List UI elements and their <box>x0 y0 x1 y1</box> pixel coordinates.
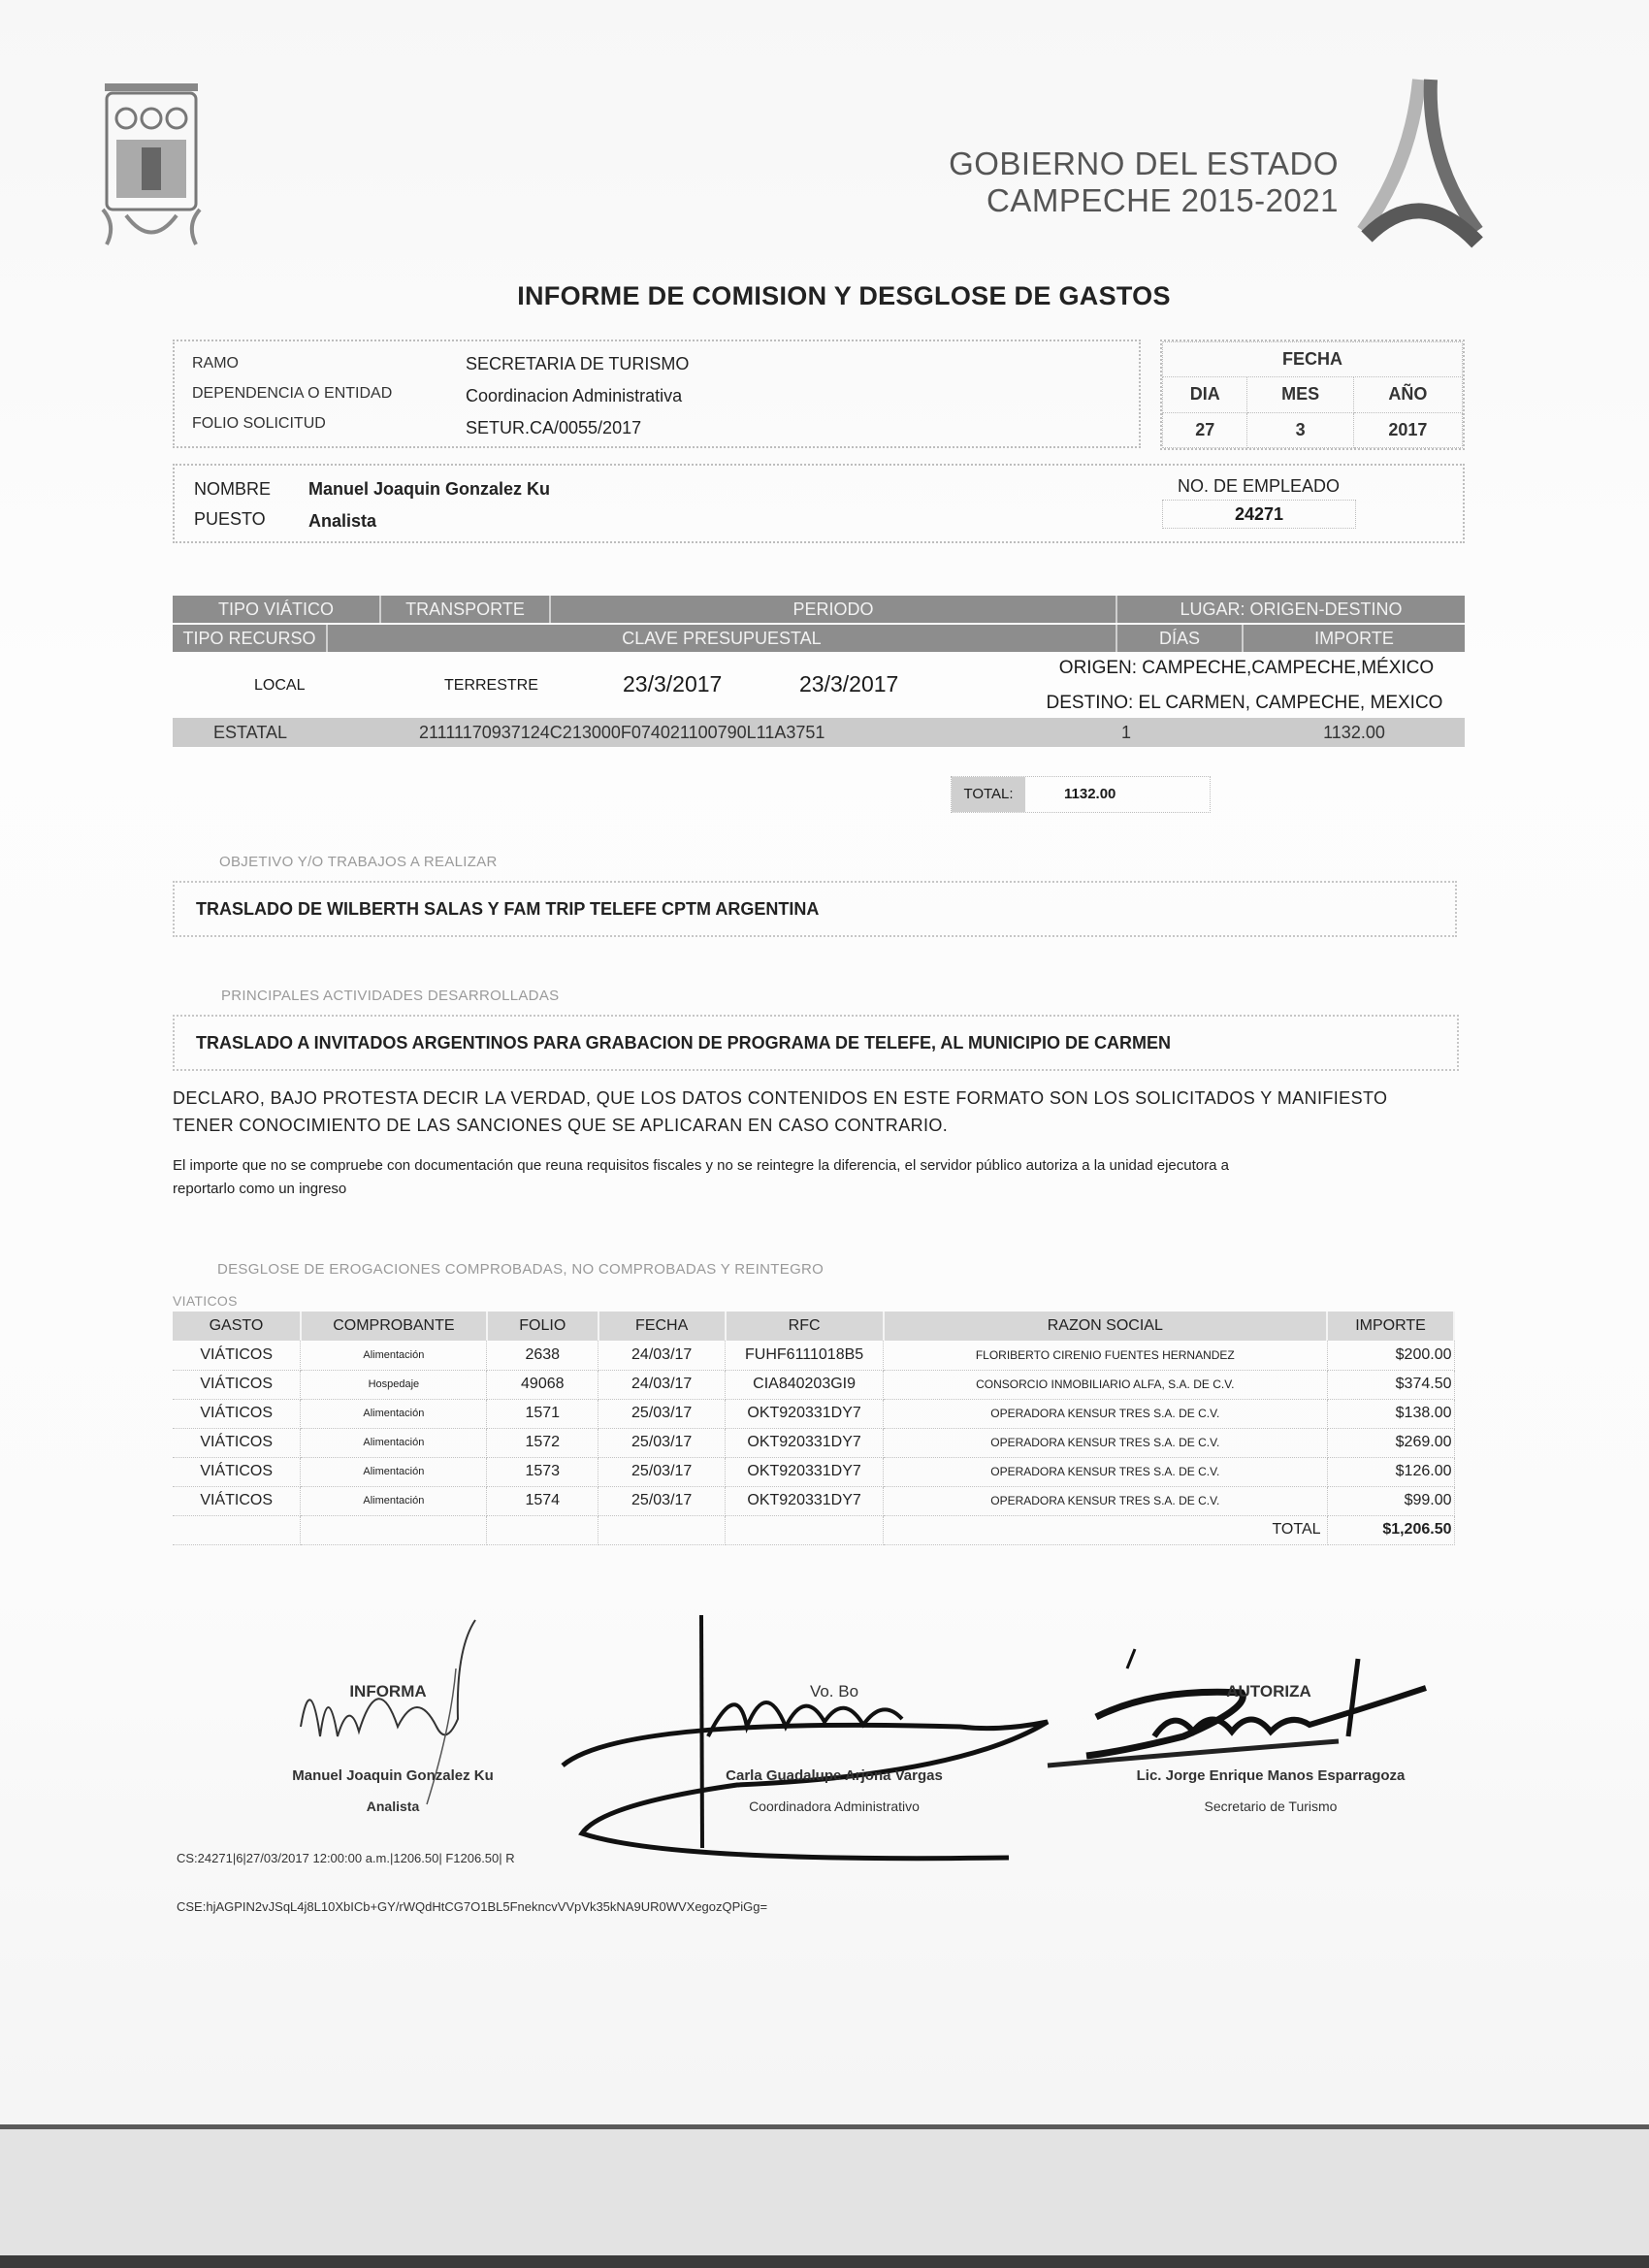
cell-rfc: OKT920331DY7 <box>726 1399 884 1428</box>
actividades-value: TRASLADO A INVITADOS ARGENTINOS PARA GRA… <box>196 1033 1171 1053</box>
tipo-recurso-value: ESTATAL <box>173 718 328 747</box>
cell-importe: $99.00 <box>1327 1486 1454 1515</box>
empty-cell <box>173 1515 301 1544</box>
cell-importe: $269.00 <box>1327 1428 1454 1457</box>
government-title: GOBIERNO DEL ESTADO CAMPECHE 2015-2021 <box>931 146 1339 219</box>
cell-folio: 1573 <box>487 1457 598 1486</box>
informa-label: INFORMA <box>310 1682 466 1701</box>
viatico-total-label: TOTAL: <box>952 777 1025 812</box>
header-lugar: LUGAR: ORIGEN-DESTINO <box>1117 596 1465 623</box>
document-page: GOBIERNO DEL ESTADO CAMPECHE 2015-2021 I… <box>0 0 1649 2268</box>
actividades-box: TRASLADO A INVITADOS ARGENTINOS PARA GRA… <box>173 1015 1459 1071</box>
cell-fecha: 24/03/17 <box>598 1341 726 1370</box>
puesto-label: PUESTO <box>194 509 266 530</box>
cell-razon-social: FLORIBERTO CIRENIO FUENTES HERNANDEZ <box>884 1341 1327 1370</box>
cell-rfc: OKT920331DY7 <box>726 1428 884 1457</box>
cell-comprobante: Alimentación <box>301 1457 487 1486</box>
desglose-body: VIÁTICOSAlimentación263824/03/17FUHF6111… <box>173 1341 1454 1544</box>
document-title: INFORME DE COMISION Y DESGLOSE DE GASTOS <box>427 281 1261 311</box>
objetivo-box: TRASLADO DE WILBERTH SALAS Y FAM TRIP TE… <box>173 881 1457 937</box>
importe-value: 1132.00 <box>1244 718 1465 747</box>
dia-label: DIA <box>1163 377 1247 412</box>
cell-gasto: VIÁTICOS <box>173 1457 301 1486</box>
desglose-table: GASTO COMPROBANTE FOLIO FECHA RFC RAZON … <box>173 1312 1455 1545</box>
cell-rfc: CIA840203GI9 <box>726 1370 884 1399</box>
cell-fecha: 25/03/17 <box>598 1428 726 1457</box>
fecha-box: FECHA DIA MES AÑO 27 3 2017 <box>1160 340 1465 450</box>
cadena-cse: CSE:hjAGPIN2vJSqL4j8L10XbICb+GY/rWQdHtCG… <box>177 1899 767 1914</box>
empleado-value: 24271 <box>1162 500 1356 529</box>
col-rfc: RFC <box>726 1312 884 1341</box>
tipo-viatico-value: LOCAL <box>254 677 305 695</box>
fecha-title: FECHA <box>1163 342 1463 377</box>
desglose-row: VIÁTICOSHospedaje4906824/03/17CIA840203G… <box>173 1370 1454 1399</box>
fecha-table: FECHA DIA MES AÑO 27 3 2017 <box>1162 341 1463 448</box>
periodo-inicio-value: 23/3/2017 <box>623 671 722 697</box>
cell-folio: 49068 <box>487 1370 598 1399</box>
notice-text: El importe que no se compruebe con docum… <box>173 1154 1472 1201</box>
desglose-row: VIÁTICOSAlimentación157425/03/17OKT92033… <box>173 1486 1454 1515</box>
dependencia-value: Coordinacion Administrativa <box>466 386 682 406</box>
empty-cell <box>301 1515 487 1544</box>
viatico-total-value: 1132.00 <box>1025 777 1210 812</box>
puesto-value: Analista <box>308 511 376 532</box>
empty-cell <box>598 1515 726 1544</box>
dependencia-label: DEPENDENCIA O ENTIDAD <box>192 385 392 403</box>
cell-folio: 2638 <box>487 1341 598 1370</box>
cell-comprobante: Alimentación <box>301 1428 487 1457</box>
header-tipo-viatico: TIPO VIÁTICO <box>173 596 381 623</box>
objetivo-value: TRASLADO DE WILBERTH SALAS Y FAM TRIP TE… <box>196 899 819 920</box>
desglose-row: VIÁTICOSAlimentación157125/03/17OKT92033… <box>173 1399 1454 1428</box>
col-gasto: GASTO <box>173 1312 301 1341</box>
cell-comprobante: Alimentación <box>301 1399 487 1428</box>
informa-role: Analista <box>310 1798 475 1814</box>
cell-gasto: VIÁTICOS <box>173 1370 301 1399</box>
informa-name: Manuel Joaquin Gonzalez Ku <box>272 1767 514 1784</box>
col-importe: IMPORTE <box>1327 1312 1454 1341</box>
viatico-detail-row: LOCAL TERRESTRE 23/3/2017 23/3/2017 ORIG… <box>173 652 1465 718</box>
mes-label: MES <box>1247 377 1353 412</box>
viatico-resource-row: ESTATAL 21111170937124C213000F0740211007… <box>173 718 1465 747</box>
col-fecha: FECHA <box>598 1312 726 1341</box>
nombre-value: Manuel Joaquin Gonzalez Ku <box>308 479 550 500</box>
anio-value: 2017 <box>1353 412 1462 447</box>
cadena-cs: CS:24271|6|27/03/2017 12:00:00 a.m.|1206… <box>177 1851 515 1865</box>
empty-cell <box>726 1515 884 1544</box>
desglose-total-label: TOTAL <box>884 1515 1327 1544</box>
header-tipo-recurso: TIPO RECURSO <box>173 625 328 652</box>
folio-value: SETUR.CA/0055/2017 <box>466 418 641 438</box>
nombre-label: NOMBRE <box>194 479 271 500</box>
col-comprobante: COMPROBANTE <box>301 1312 487 1341</box>
vobo-name: Carla Guadalupe Arjona Vargas <box>698 1767 970 1784</box>
folio-label: FOLIO SOLICITUD <box>192 415 326 433</box>
viaticos-sub-label: VIATICOS <box>173 1293 238 1309</box>
scanner-bottom-edge <box>0 2255 1649 2268</box>
col-folio: FOLIO <box>487 1312 598 1341</box>
cell-gasto: VIÁTICOS <box>173 1428 301 1457</box>
autoriza-role: Secretario de Turismo <box>1145 1798 1397 1814</box>
dia-value: 27 <box>1163 412 1247 447</box>
cell-importe: $374.50 <box>1327 1370 1454 1399</box>
destino-value: DESTINO: EL CARMEN, CAMPECHE, MEXICO <box>1017 693 1472 714</box>
campeche-government-logo-icon <box>1353 76 1489 260</box>
cell-comprobante: Hospedaje <box>301 1370 487 1399</box>
desglose-label: DESGLOSE DE EROGACIONES COMPROBADAS, NO … <box>217 1261 824 1278</box>
cell-fecha: 24/03/17 <box>598 1370 726 1399</box>
cell-importe: $200.00 <box>1327 1341 1454 1370</box>
viatico-table: TIPO VIÁTICO TRANSPORTE PERIODO LUGAR: O… <box>173 596 1465 747</box>
actividades-label: PRINCIPALES ACTIVIDADES DESARROLLADAS <box>221 988 559 1004</box>
header-periodo: PERIODO <box>551 596 1117 623</box>
cell-razon-social: OPERADORA KENSUR TRES S.A. DE C.V. <box>884 1428 1327 1457</box>
handwritten-signatures <box>281 1610 1620 1863</box>
dias-value: 1 <box>1117 718 1244 747</box>
autoriza-name: Lic. Jorge Enrique Manos Esparragoza <box>1115 1767 1426 1784</box>
cell-fecha: 25/03/17 <box>598 1399 726 1428</box>
clave-presupuestal-value: 21111170937124C213000F074021100790L11A37… <box>328 718 1117 747</box>
cell-razon-social: OPERADORA KENSUR TRES S.A. DE C.V. <box>884 1486 1327 1515</box>
cell-razon-social: OPERADORA KENSUR TRES S.A. DE C.V. <box>884 1457 1327 1486</box>
empleado-label: NO. DE EMPLEADO <box>1178 476 1340 497</box>
transporte-value: TERRESTRE <box>444 677 538 695</box>
autoriza-label: AUTORIZA <box>1191 1682 1346 1701</box>
cell-gasto: VIÁTICOS <box>173 1341 301 1370</box>
cell-razon-social: CONSORCIO INMOBILIARIO ALFA, S.A. DE C.V… <box>884 1370 1327 1399</box>
cell-razon-social: OPERADORA KENSUR TRES S.A. DE C.V. <box>884 1399 1327 1428</box>
desglose-row: VIÁTICOSAlimentación157325/03/17OKT92033… <box>173 1457 1454 1486</box>
cell-importe: $126.00 <box>1327 1457 1454 1486</box>
ramo-value: SECRETARIA DE TURISMO <box>466 354 689 374</box>
viatico-header-row-1: TIPO VIÁTICO TRANSPORTE PERIODO LUGAR: O… <box>173 596 1465 623</box>
header-clave-presupuestal: CLAVE PRESUPUESTAL <box>328 625 1117 652</box>
cell-rfc: OKT920331DY7 <box>726 1457 884 1486</box>
viatico-header-row-2: TIPO RECURSO CLAVE PRESUPUESTAL DÍAS IMP… <box>173 625 1465 652</box>
cell-gasto: VIÁTICOS <box>173 1486 301 1515</box>
declaration-text: DECLARO, BAJO PROTESTA DECIR LA VERDAD, … <box>173 1085 1453 1139</box>
cell-comprobante: Alimentación <box>301 1486 487 1515</box>
anio-label: AÑO <box>1353 377 1462 412</box>
cell-fecha: 25/03/17 <box>598 1457 726 1486</box>
header-importe: IMPORTE <box>1244 625 1465 652</box>
state-coat-of-arms-icon <box>97 80 206 249</box>
mes-value: 3 <box>1247 412 1353 447</box>
viatico-total-box: TOTAL: 1132.00 <box>951 776 1211 813</box>
cell-rfc: OKT920331DY7 <box>726 1486 884 1515</box>
cell-folio: 1571 <box>487 1399 598 1428</box>
vobo-role: Coordinadora Administrativo <box>698 1798 970 1814</box>
objetivo-label: OBJETIVO Y/O TRABAJOS A REALIZAR <box>219 854 498 870</box>
empty-cell <box>487 1515 598 1544</box>
desglose-total-value: $1,206.50 <box>1327 1515 1454 1544</box>
col-razon-social: RAZON SOCIAL <box>884 1312 1327 1341</box>
header-dias: DÍAS <box>1117 625 1244 652</box>
cell-folio: 1574 <box>487 1486 598 1515</box>
cell-rfc: FUHF6111018B5 <box>726 1341 884 1370</box>
desglose-row: VIÁTICOSAlimentación157225/03/17OKT92033… <box>173 1428 1454 1457</box>
desglose-total-row: TOTAL$1,206.50 <box>173 1515 1454 1544</box>
desglose-row: VIÁTICOSAlimentación263824/03/17FUHF6111… <box>173 1341 1454 1370</box>
scanner-bed-area <box>0 2129 1649 2255</box>
periodo-fin-value: 23/3/2017 <box>799 671 898 697</box>
cell-fecha: 25/03/17 <box>598 1486 726 1515</box>
desglose-header-row: GASTO COMPROBANTE FOLIO FECHA RFC RAZON … <box>173 1312 1454 1341</box>
cell-folio: 1572 <box>487 1428 598 1457</box>
cell-gasto: VIÁTICOS <box>173 1399 301 1428</box>
header-transporte: TRANSPORTE <box>381 596 551 623</box>
origen-value: ORIGEN: CAMPECHE,CAMPECHE,MÉXICO <box>1028 658 1465 679</box>
cell-importe: $138.00 <box>1327 1399 1454 1428</box>
cell-comprobante: Alimentación <box>301 1341 487 1370</box>
ramo-label: RAMO <box>192 355 239 373</box>
vobo-label: Vo. Bo <box>757 1682 912 1701</box>
